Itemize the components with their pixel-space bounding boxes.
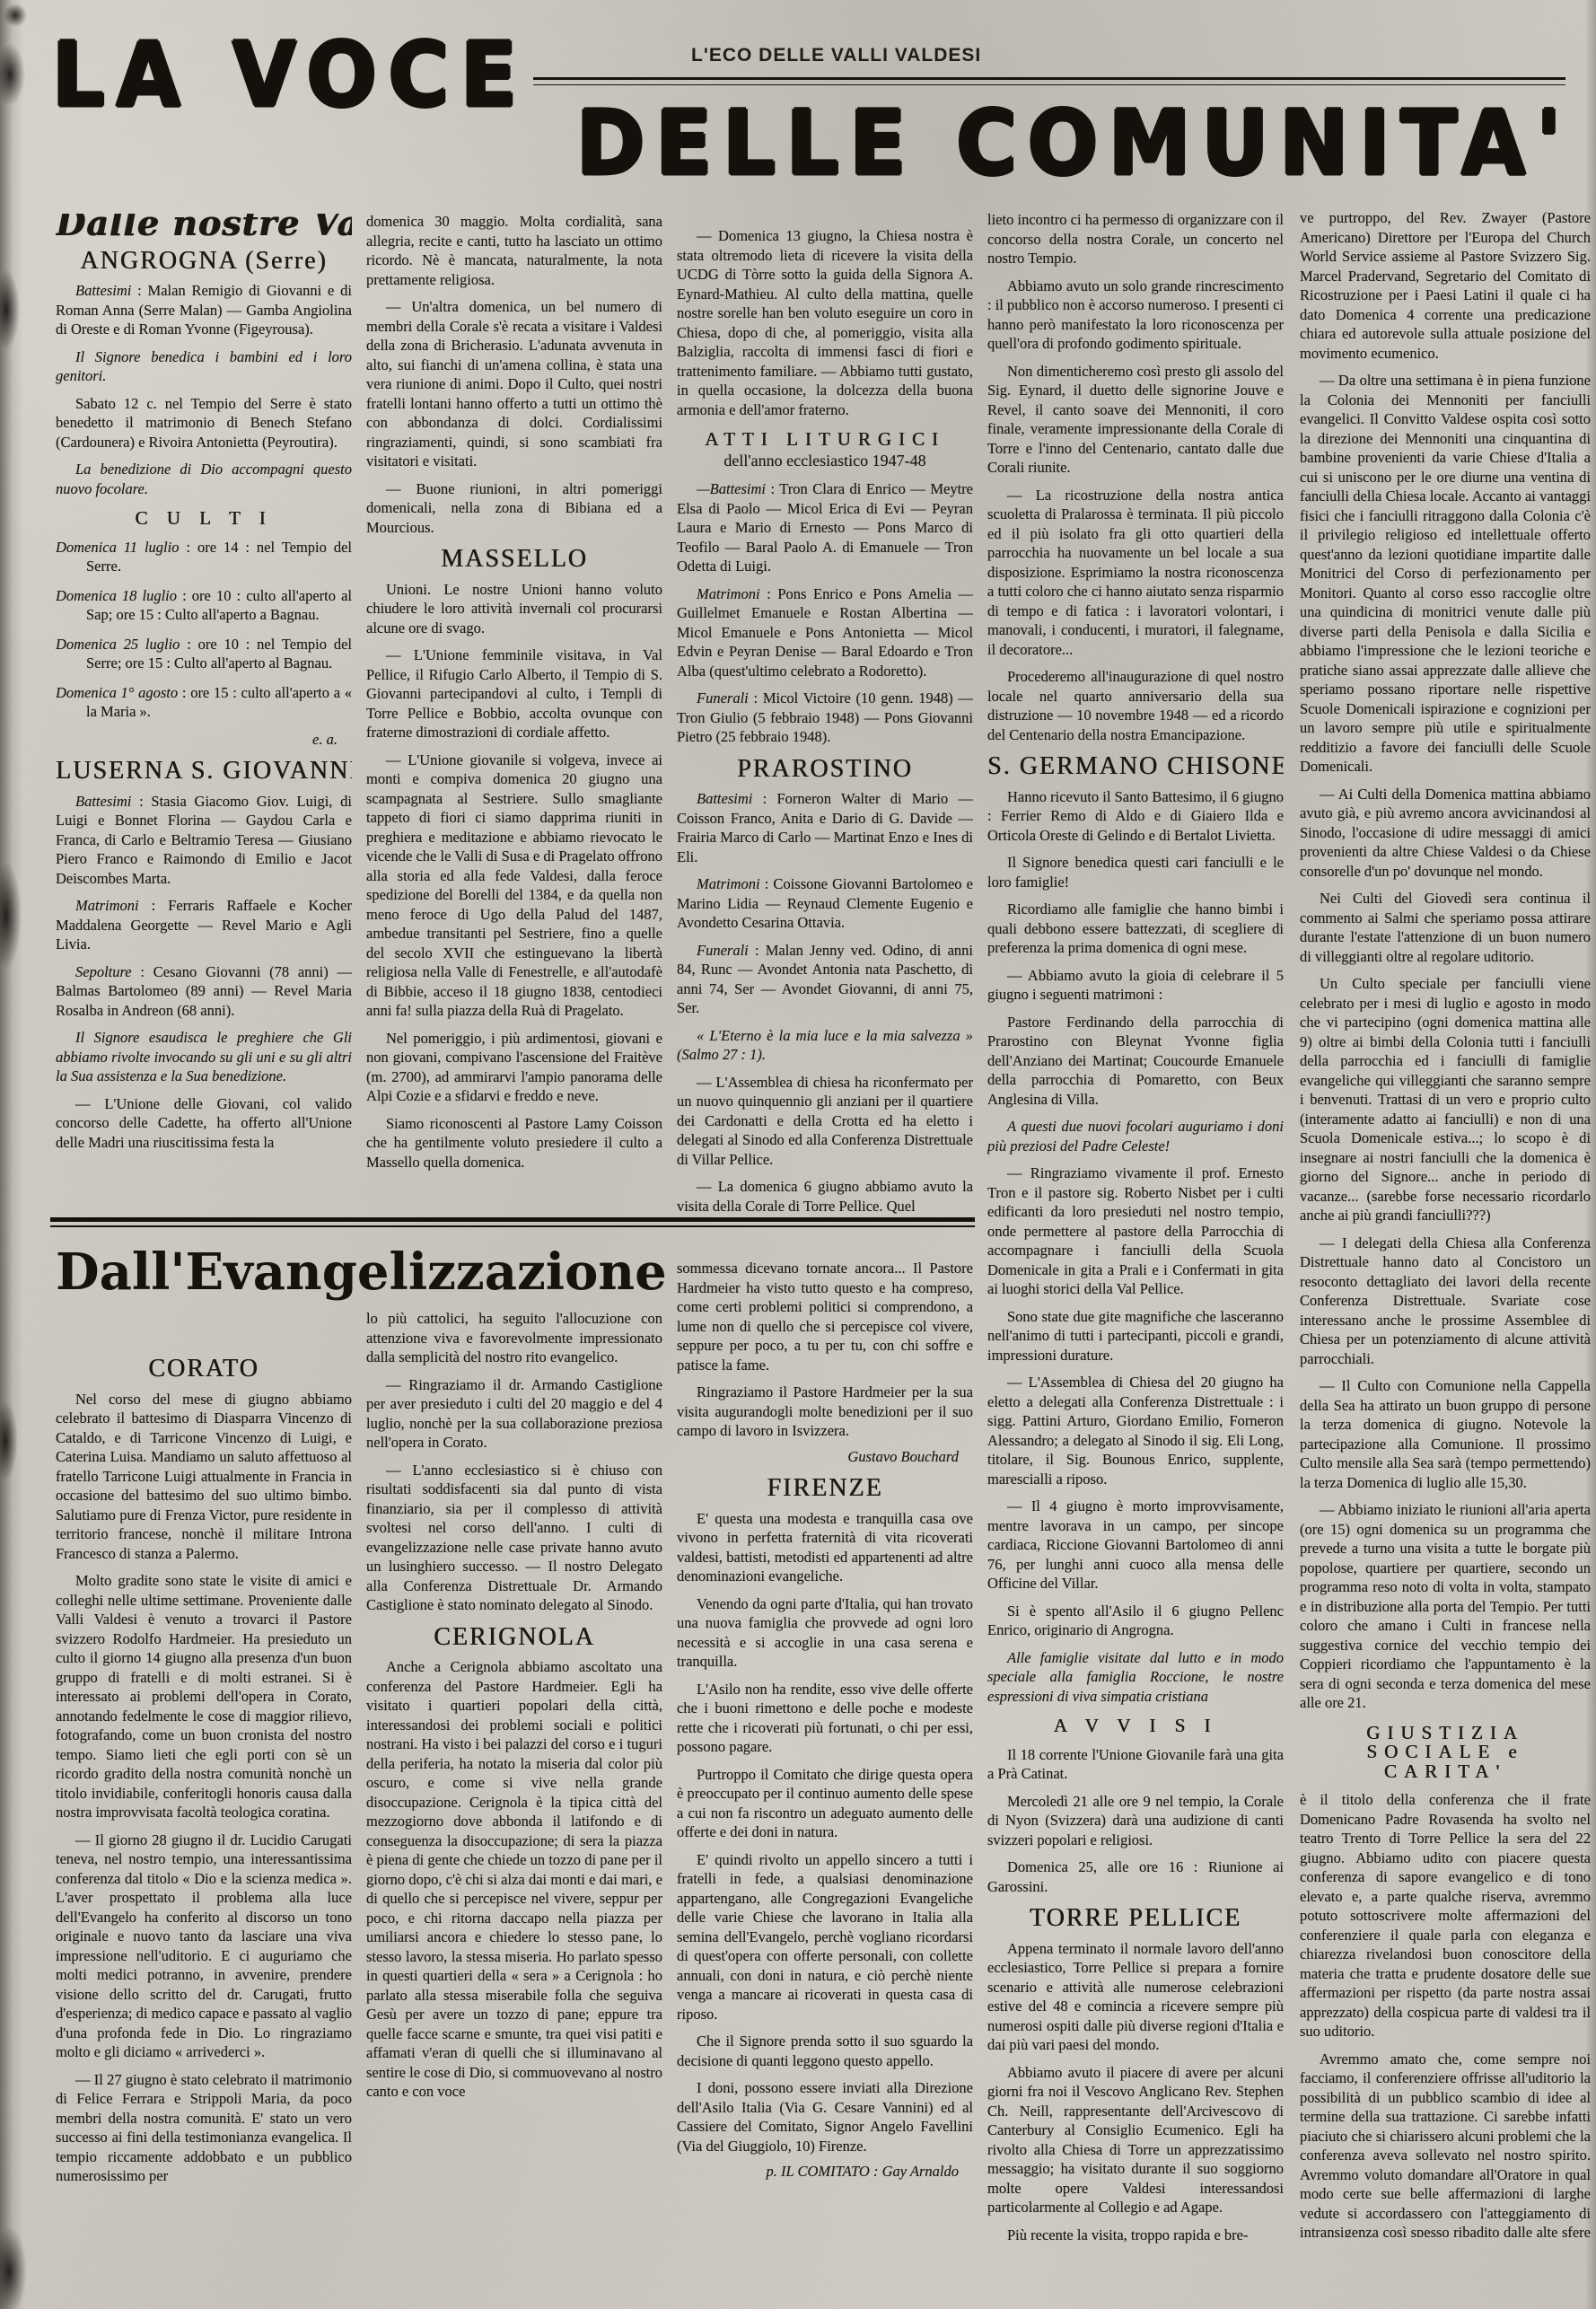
paragraph: — Il 27 giugno è stato celebrato il matr… bbox=[56, 2070, 352, 2186]
section-heading: PRAROSTINO bbox=[677, 759, 973, 779]
paragraph: — Un'altra domenica, un bel numero di me… bbox=[366, 297, 662, 471]
paragraph: E' quindi rivolto un appello sincero a t… bbox=[677, 1850, 973, 2024]
paragraph: — Ringraziamo vivamente il prof. Ernesto… bbox=[987, 1163, 1284, 1299]
paragraph: Ringraziamo il Pastore Hardmeier per la … bbox=[677, 1383, 973, 1441]
paragraph: Matrimoni : Pons Enrico e Pons Amelia — … bbox=[677, 584, 973, 681]
paragraph: — Da oltre una settimana è in piena funz… bbox=[1300, 371, 1591, 777]
signature: p. IL COMITATO : Gay Arnaldo bbox=[677, 2162, 973, 2182]
paragraph: Funerali : Micol Victoire (10 genn. 1948… bbox=[677, 689, 973, 747]
paragraph: Domenica 1° agosto : ore 15 : culto all'… bbox=[56, 683, 352, 722]
section-heading: MASSELLO bbox=[366, 549, 662, 569]
paragraph: Purtroppo il Comitato che dirige questa … bbox=[677, 1765, 973, 1842]
paragraph: Unioni. Le nostre Unioni hanno voluto ch… bbox=[366, 580, 662, 638]
paragraph: Domenica 11 luglio : ore 14 : nel Tempio… bbox=[56, 538, 352, 576]
paragraph: — L'Unione delle Giovani, col valido con… bbox=[56, 1094, 352, 1153]
paragraph: Appena terminato il normale lavoro dell'… bbox=[987, 1939, 1284, 2055]
paragraph: Domenica 25 luglio : ore 10 : nel Tempio… bbox=[56, 635, 352, 673]
paragraph: Alle famiglie visitate dal lutto e in mo… bbox=[987, 1648, 1284, 1707]
paragraph: Ricordiamo alle famiglie che hanno bimbi… bbox=[987, 900, 1284, 958]
column-s-germano-torre-pellice: lieto incontro ci ha permesso di organiz… bbox=[987, 210, 1284, 2289]
section-heading: FIRENZE bbox=[677, 1479, 973, 1498]
paragraph: Anche a Cerignola abbiamo ascoltato una … bbox=[366, 1657, 662, 2102]
paragraph: — Il 4 giugno è morto improvvisamente, m… bbox=[987, 1497, 1284, 1593]
paragraph: lo più cattolici, ha seguito l'allocuzio… bbox=[366, 1309, 662, 1367]
paragraph: — Ai Culti della Domenica mattina abbiam… bbox=[1300, 785, 1591, 882]
paragraph: I doni, possono essere inviati alla Dire… bbox=[677, 2078, 973, 2155]
paragraph: Venendo da ogni parte d'Italia, qui han … bbox=[677, 1594, 973, 1672]
paragraph: La benedizione di Dio accompagni questo … bbox=[56, 460, 352, 498]
masthead-subtitle: L'ECO DELLE VALLI VALDESI bbox=[691, 45, 981, 66]
paragraph: Sabato 12 c. nel Tempio del Serre è stat… bbox=[56, 394, 352, 452]
paragraph: Pastore Ferdinando della parrocchia di P… bbox=[987, 1013, 1284, 1110]
paragraph: « L'Eterno è la mia luce e la mia salvez… bbox=[677, 1026, 973, 1065]
paragraph: Nei Culti del Giovedì sera continua il c… bbox=[1300, 889, 1591, 966]
paragraph: sommessa dicevano tornate ancora... Il P… bbox=[677, 1259, 973, 1374]
paragraph: Un Culto speciale per fanciulli viene ce… bbox=[1300, 974, 1591, 1225]
paragraph: — L'anno ecclesiastico si è chiuso con r… bbox=[366, 1461, 662, 1615]
paragraph: — Buone riunioni, in altri pomeriggi dom… bbox=[366, 479, 662, 538]
paragraph: Battesimi : Forneron Walter di Mario — C… bbox=[677, 789, 973, 866]
paragraph: Che il Signore prenda sotto il suo sguar… bbox=[677, 2032, 973, 2070]
paragraph: — L'Assemblea di chiesa ha riconfermato … bbox=[677, 1073, 973, 1170]
paragraph: — I delegati della Chiesa alla Conferenz… bbox=[1300, 1234, 1591, 1369]
paragraph: —Battesimi : Tron Clara di Enrico — Meyt… bbox=[677, 479, 973, 576]
paragraph: Domenica 25, alle ore 16 : Riunione ai G… bbox=[987, 1857, 1284, 1896]
section-heading: ANGROGNA (Serre) bbox=[56, 251, 352, 271]
paragraph: Domenica 18 luglio : ore 10 : culto all'… bbox=[56, 586, 352, 625]
paragraph: — L'Unione giovanile si volgeva, invece … bbox=[366, 751, 662, 1021]
column-corato: CORATONel corso del mese di giugno abbia… bbox=[56, 1347, 352, 2300]
paragraph: Si è spento all'Asilo il 6 giugno Pellen… bbox=[987, 1602, 1284, 1640]
paragraph: — Domenica 13 giugno, la Chiesa nostra è… bbox=[677, 226, 973, 419]
paragraph: Avremmo amato che, come sempre noi facci… bbox=[1300, 2050, 1591, 2238]
paragraph: — L'Assemblea di Chiesa del 20 giugno ha… bbox=[987, 1373, 1284, 1488]
paragraph: lieto incontro ci ha permesso di organiz… bbox=[987, 210, 1284, 268]
scan-artifact-left-edge bbox=[0, 0, 23, 2309]
column-firenze: sommessa dicevano tornate ancora... Il P… bbox=[677, 1259, 973, 2300]
paragraph: — Il giorno 28 giugno il dr. Lucidio Car… bbox=[56, 1831, 352, 2062]
section-heading: CERIGNOLA bbox=[366, 1628, 662, 1647]
scan-artifact bbox=[0, 269, 20, 350]
scan-artifact bbox=[4, 4, 27, 27]
paragraph: Abbiamo avuto un solo grande rincrescime… bbox=[987, 277, 1284, 354]
paragraph: Battesimi : Stasia Giacomo Giov. Luigi, … bbox=[56, 792, 352, 889]
paragraph: — L'Unione femminile visitava, in Val Pe… bbox=[366, 645, 662, 742]
paragraph: dell'anno ecclesiastico 1947-48 bbox=[677, 452, 973, 471]
paragraph: ve purtroppo, del Rev. Zwayer (Pastore A… bbox=[1300, 208, 1591, 363]
paragraph: domenica 30 maggio. Molta cordialità, sa… bbox=[366, 212, 662, 289]
paragraph: — Il Culto con Comunione nella Cappella … bbox=[1300, 1376, 1591, 1492]
paragraph: E' questa una modesta e tranquilla casa … bbox=[677, 1509, 973, 1586]
paragraph: Il Signore benedica questi cari fanciull… bbox=[987, 853, 1284, 891]
section-heading: GIUSTIZIA SOCIALE e CARITA' bbox=[1300, 1724, 1591, 1782]
paragraph: — Abbiamo iniziato le riunioni all'aria … bbox=[1300, 1500, 1591, 1713]
column-atti-liturgici-prarostino: — Domenica 13 giugno, la Chiesa nostra è… bbox=[677, 226, 973, 1217]
paragraph: Sepolture : Cesano Giovanni (78 anni) — … bbox=[56, 962, 352, 1021]
paragraph: Funerali : Malan Jenny ved. Odino, di an… bbox=[677, 941, 973, 1018]
paragraph: Il 18 corrente l'Unione Giovanile farà u… bbox=[987, 1745, 1284, 1784]
scan-artifact bbox=[0, 1400, 18, 1481]
scan-artifact bbox=[0, 2226, 27, 2309]
scan-artifact bbox=[0, 43, 25, 106]
masthead-title-left: LA VOCE bbox=[52, 23, 529, 127]
paragraph: Matrimoni : Coissone Giovanni Bartolomeo… bbox=[677, 874, 973, 933]
section-heading: S. GERMANO CHISONE bbox=[987, 757, 1284, 777]
section-heading: CORATO bbox=[56, 1359, 352, 1379]
paragraph: Abbiamo avuto il piacere di avere per al… bbox=[987, 2063, 1284, 2217]
column-dalle-nostre-valli: Dalle nostre ValliANGROGNA (Serre)Battes… bbox=[56, 214, 352, 1217]
paragraph: è il titolo della conferenza che il frat… bbox=[1300, 1790, 1591, 2041]
paragraph: — La ricostruzione della nostra antica s… bbox=[987, 486, 1284, 660]
section-heading: ATTI LITURGICI bbox=[677, 430, 973, 450]
paragraph: L'Asilo non ha rendite, esso vive delle … bbox=[677, 1680, 973, 1757]
paragraph: Matrimoni : Ferraris Raffaele e Kocher M… bbox=[56, 896, 352, 954]
masthead-title-right: DELLE COMUNITA' bbox=[576, 92, 1573, 196]
paragraph: Nel pomeriggio, i più ardimentosi, giova… bbox=[366, 1029, 662, 1106]
signature: Gustavo Bouchard bbox=[677, 1447, 973, 1467]
paragraph: Hanno ricevuto il Santo Battesimo, il 6 … bbox=[987, 787, 1284, 846]
paragraph: — Abbiamo avuto la gioia di celebrare il… bbox=[987, 966, 1284, 1005]
column-massello: domenica 30 maggio. Molta cordialità, sa… bbox=[366, 212, 662, 1217]
paragraph: Nel corso del mese di giugno abbiamo cel… bbox=[56, 1390, 352, 1564]
scan-artifact bbox=[0, 862, 22, 970]
section-heading: A V V I S I bbox=[987, 1716, 1284, 1736]
section-heading: Dalle nostre Valli bbox=[56, 214, 352, 233]
paragraph: — Ringraziamo il dr. Armando Castiglione… bbox=[366, 1375, 662, 1453]
section-heading: C U L T I bbox=[56, 509, 352, 529]
paragraph: Non dimenticheremo così presto gli assol… bbox=[987, 362, 1284, 478]
column-cerignola: lo più cattolici, ha seguito l'allocuzio… bbox=[366, 1309, 662, 2300]
paragraph: Molto gradite sono state le visite di am… bbox=[56, 1571, 352, 1822]
newspaper-page: LA VOCE L'ECO DELLE VALLI VALDESI DELLE … bbox=[0, 0, 1596, 2309]
column-right-news: ve purtroppo, del Rev. Zwayer (Pastore A… bbox=[1300, 208, 1591, 2237]
paragraph: Sono state due gite magnifiche che lasce… bbox=[987, 1307, 1284, 1365]
paragraph: Più recente la visita, troppo rapida e b… bbox=[987, 2226, 1284, 2245]
paragraph: Siamo riconoscenti al Pastore Lamy Coiss… bbox=[366, 1114, 662, 1172]
paragraph: Procederemo all'inaugurazione di quel no… bbox=[987, 667, 1284, 744]
evangelizzazione-heading: Dall'Evangelizzazione bbox=[56, 1242, 666, 1302]
section-heading: LUSERNA S. GIOVANNI bbox=[56, 761, 352, 781]
paragraph: — La domenica 6 giugno abbiamo avuto la … bbox=[677, 1177, 973, 1216]
masthead-rule bbox=[533, 77, 1565, 85]
paragraph: Mercoledì 21 alle ore 9 nel tempio, la C… bbox=[987, 1792, 1284, 1850]
paragraph: Battesimi : Malan Remigio di Giovanni e … bbox=[56, 281, 352, 339]
signature: e. a. bbox=[56, 730, 352, 750]
paragraph: A questi due nuovi focolari auguriamo i … bbox=[987, 1117, 1284, 1155]
section-divider-rule bbox=[50, 1217, 975, 1227]
paragraph: Il Signore esaudisca le preghiere che Gl… bbox=[56, 1028, 352, 1086]
section-heading: TORRE PELLICE bbox=[987, 1909, 1284, 1928]
paragraph: Il Signore benedica i bambini ed i loro … bbox=[56, 347, 352, 386]
